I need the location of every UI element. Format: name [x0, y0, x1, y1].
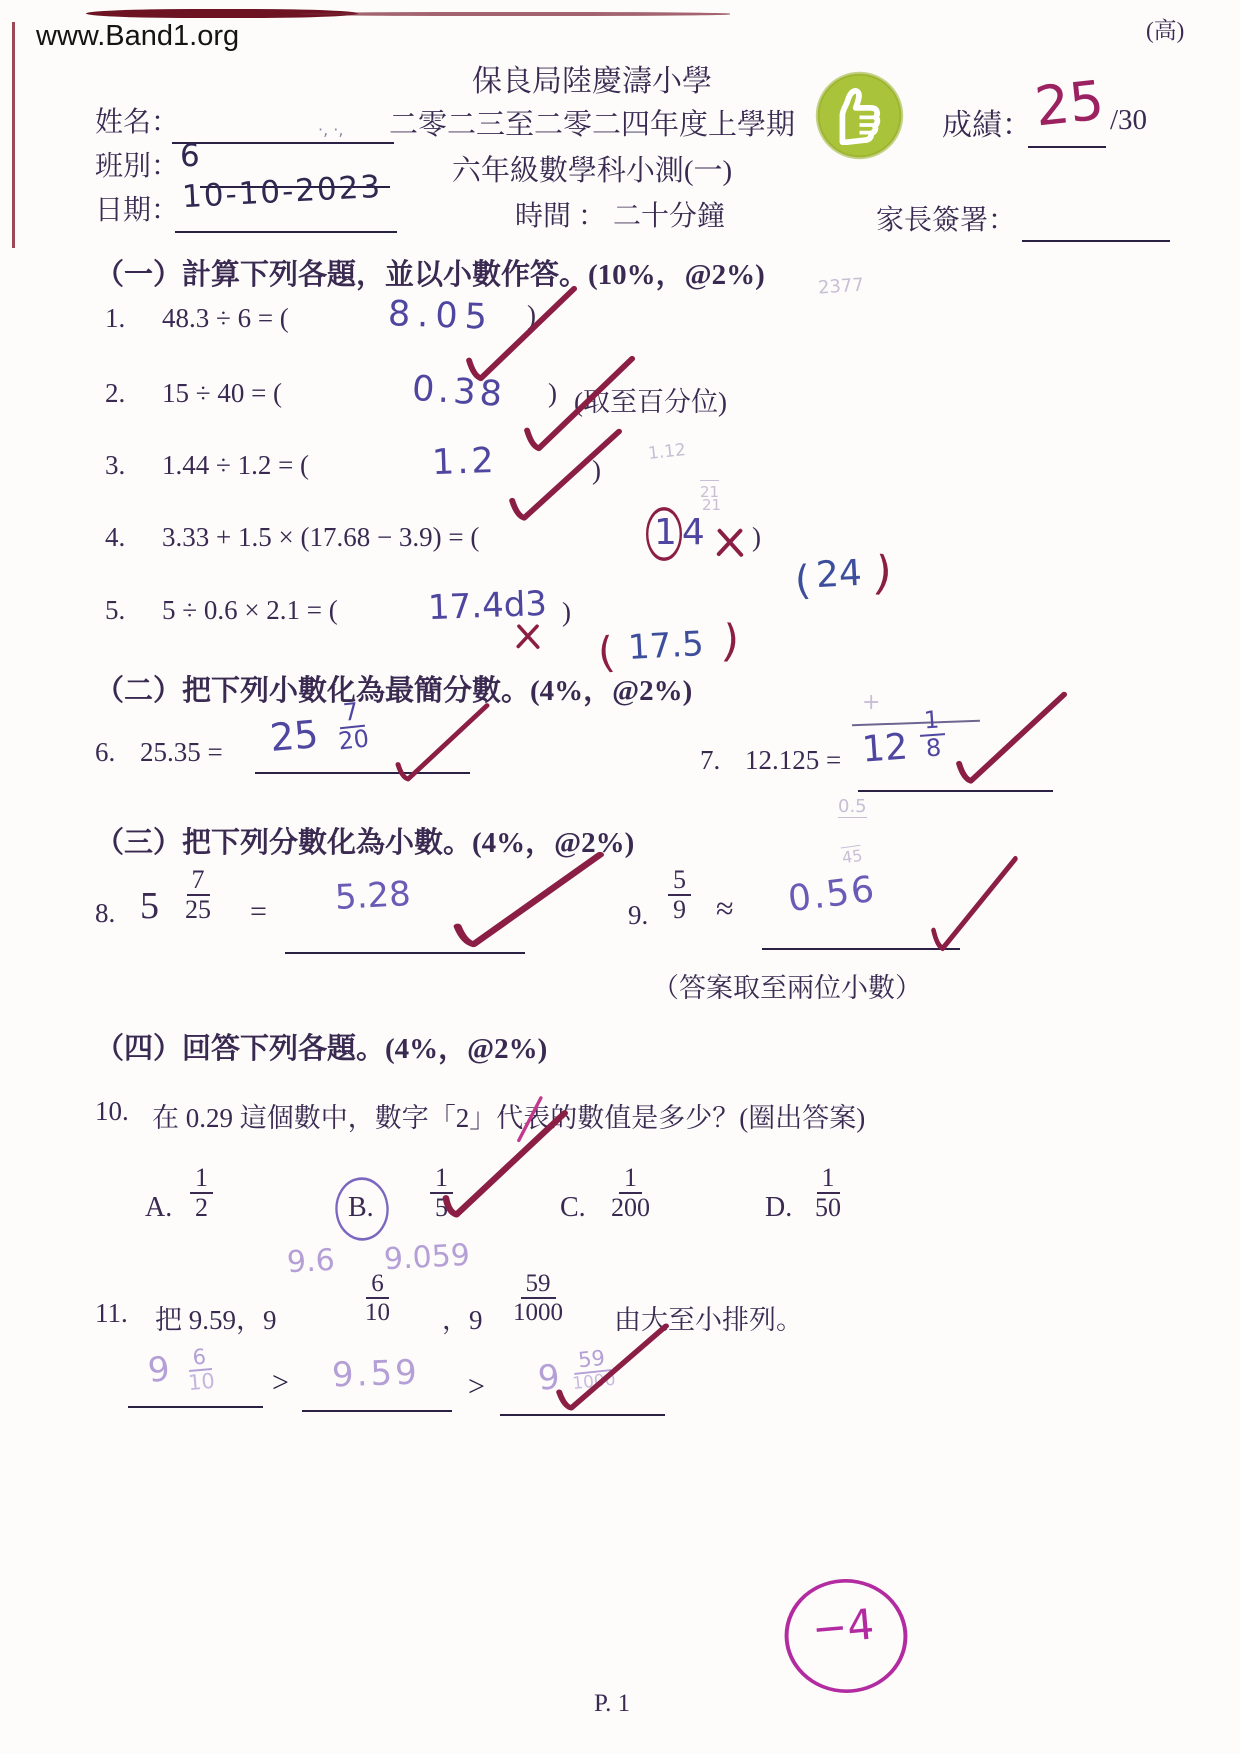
cross-mark-icon [714, 526, 746, 558]
q11-pencil-note: 9.6 [286, 1243, 335, 1280]
q8-whole: 5 [140, 884, 159, 928]
q11-fraction-2: 59 1000 [508, 1270, 568, 1326]
student-circle-annotation [333, 1176, 391, 1242]
q4-correction-close-paren: ) [871, 545, 894, 601]
score-value-handwritten: 25 [1032, 69, 1107, 139]
fraction-denominator: 9 [668, 896, 691, 924]
pencil-working: 45 [841, 845, 864, 868]
score-total: /30 [1110, 104, 1147, 137]
q2-answer-handwritten: 0.38 [411, 369, 507, 415]
q10-number: 10. [95, 1096, 129, 1127]
date-line [175, 231, 397, 233]
q9-fraction: 5 9 [668, 866, 691, 924]
q11-blank-1 [128, 1406, 263, 1408]
fraction-denominator: 8 [920, 735, 947, 763]
fraction-denominator: 10 [360, 1299, 395, 1326]
q8-equals: = [250, 895, 267, 929]
fraction-denominator: 25 [180, 896, 216, 924]
thumbs-up-stamp-icon [812, 68, 907, 163]
q8-number: 8. [95, 898, 115, 929]
check-mark-icon [952, 688, 1070, 796]
name-line [172, 142, 394, 144]
date-label: 日期： [95, 188, 179, 228]
q8-answer-handwritten: 5.28 [334, 874, 412, 918]
q11-text-part1: 把 9.59，9 [155, 1298, 277, 1337]
fraction-denominator: 10 [182, 1369, 221, 1395]
parent-sign-line [1022, 240, 1170, 242]
q9-note: （答案取至兩位小數） [652, 966, 922, 1005]
scan-streak-thin [300, 12, 730, 16]
q6-answer-fraction-handwritten: 7 20 [329, 698, 375, 756]
check-mark-icon [552, 1320, 672, 1420]
q5-number: 5. [105, 595, 125, 626]
check-mark-icon [438, 1106, 570, 1224]
fraction-numerator: 7 [187, 866, 210, 896]
fraction-numerator: 6 [187, 1345, 212, 1372]
q10-option-d-fraction: 1 50 [810, 1164, 846, 1222]
q9-answer-handwritten: 0.56 [786, 869, 878, 920]
pencil-working: 1.12 [647, 440, 687, 464]
score-label: 成績： [942, 100, 1032, 144]
q6-answer-whole-handwritten: 25 [268, 712, 320, 760]
q2-expression: 15 ÷ 40 = ( [162, 378, 282, 409]
q7-answer-whole-handwritten: 12 [861, 726, 910, 770]
fraction-denominator: 20 [332, 726, 375, 756]
q11-gt-sign: > [272, 1366, 289, 1400]
q4-close-paren: ) [752, 522, 761, 553]
check-mark-icon [392, 700, 492, 792]
q6-number: 6. [95, 737, 115, 768]
teacher-circle-annotation [644, 506, 684, 562]
q10-option-a-letter: A. [145, 1192, 172, 1224]
class-label: 班別： [95, 144, 179, 184]
q4-number: 4. [105, 522, 125, 553]
page-number: P. 1 [594, 1690, 630, 1718]
q1-number: 1. [105, 303, 125, 334]
watermark: www.Band1.org [36, 20, 239, 53]
fraction-numerator: 1 [190, 1164, 213, 1194]
q3-answer-handwritten: 1.2 [431, 441, 497, 483]
pencil-working: 0.5 [838, 796, 867, 818]
check-mark-icon [448, 848, 608, 960]
q11-answer-1-fraction: 6 10 [180, 1344, 221, 1394]
q11-text-part2: ，9 [442, 1298, 483, 1337]
q7-expression: 12.125 = [745, 745, 841, 776]
fraction-numerator: 1 [817, 1164, 840, 1194]
check-mark-icon [505, 425, 625, 533]
q3-close-paren: ) [592, 455, 601, 486]
q11-gt-sign: > [468, 1370, 485, 1404]
q10-option-c-letter: C. [560, 1192, 586, 1224]
q4-expression: 3.33 + 1.5 × (17.68 − 3.9) = ( [162, 522, 479, 553]
q9-number: 9. [628, 900, 648, 931]
fraction-numerator: 6 [366, 1270, 389, 1299]
section-1-heading: （一）計算下列各題，並以小數作答。(10%，@2%) [95, 252, 765, 293]
section-4-heading: （四）回答下列各題。(4%，@2%) [95, 1026, 547, 1067]
check-mark-icon [928, 852, 1020, 964]
q1-expression: 48.3 ÷ 6 = ( [162, 303, 289, 334]
q11-pencil-note: 9.059 [383, 1238, 471, 1277]
corner-tag: (高) [1146, 12, 1184, 45]
q11-number: 11. [95, 1298, 128, 1329]
pencil-working: + [862, 690, 880, 715]
q10-option-c-fraction: 1 200 [606, 1164, 655, 1222]
q8-fraction: 7 25 [180, 866, 216, 924]
fraction-denominator: 2 [190, 1194, 213, 1222]
q5-correction-close-paren: ) [720, 615, 742, 667]
q11-answer-2: 9.59 [331, 1352, 420, 1395]
deduction-value: −4 [810, 1599, 876, 1653]
q4-correction-paren: ( [793, 558, 812, 605]
scanned-test-paper: www.Band1.org (高) 保良局陸慶濤小學 二零二三至二零二四年度上學… [0, 0, 1240, 1754]
q11-fraction-1: 6 10 [360, 1270, 395, 1326]
q9-approx-sign: ≈ [716, 890, 734, 927]
q3-expression: 1.44 ÷ 1.2 = ( [162, 450, 309, 481]
q11-blank-2 [302, 1410, 452, 1412]
q10-option-d-letter: D. [765, 1192, 792, 1224]
fraction-numerator: 5 [668, 866, 691, 896]
q11-answer-1-whole: 9 [146, 1349, 172, 1391]
q5-expression: 5 ÷ 0.6 × 2.1 = ( [162, 595, 338, 626]
q3-number: 3. [105, 450, 125, 481]
q5-correction-value: 17.5 [627, 624, 705, 668]
q2-number: 2. [105, 378, 125, 409]
q10-option-a-fraction: 1 2 [190, 1164, 213, 1222]
school-name: 保良局陸慶濤小學 [0, 56, 1184, 100]
fraction-numerator: 59 [521, 1270, 556, 1299]
fraction-denominator: 200 [606, 1194, 655, 1222]
q4-correction-value: 24 [815, 553, 863, 596]
score-line [1028, 146, 1106, 148]
name-scribble: ·, ·, [318, 120, 343, 139]
q7-answer-fraction-handwritten: 1 8 [918, 707, 947, 762]
cross-mark-icon [514, 622, 542, 650]
q5-close-paren: ) [562, 597, 571, 628]
name-label: 姓名： [95, 100, 179, 140]
fraction-numerator: 1 [918, 707, 945, 737]
q7-number: 7. [700, 745, 720, 776]
fraction-numerator: 1 [619, 1164, 642, 1194]
q6-expression: 25.35 = [140, 737, 223, 768]
class-value-handwritten: 6 [180, 138, 200, 174]
fraction-denominator: 50 [810, 1194, 846, 1222]
parent-sign-label: 家長簽署： [876, 198, 1016, 238]
pencil-scribble: 2377 [817, 274, 864, 298]
